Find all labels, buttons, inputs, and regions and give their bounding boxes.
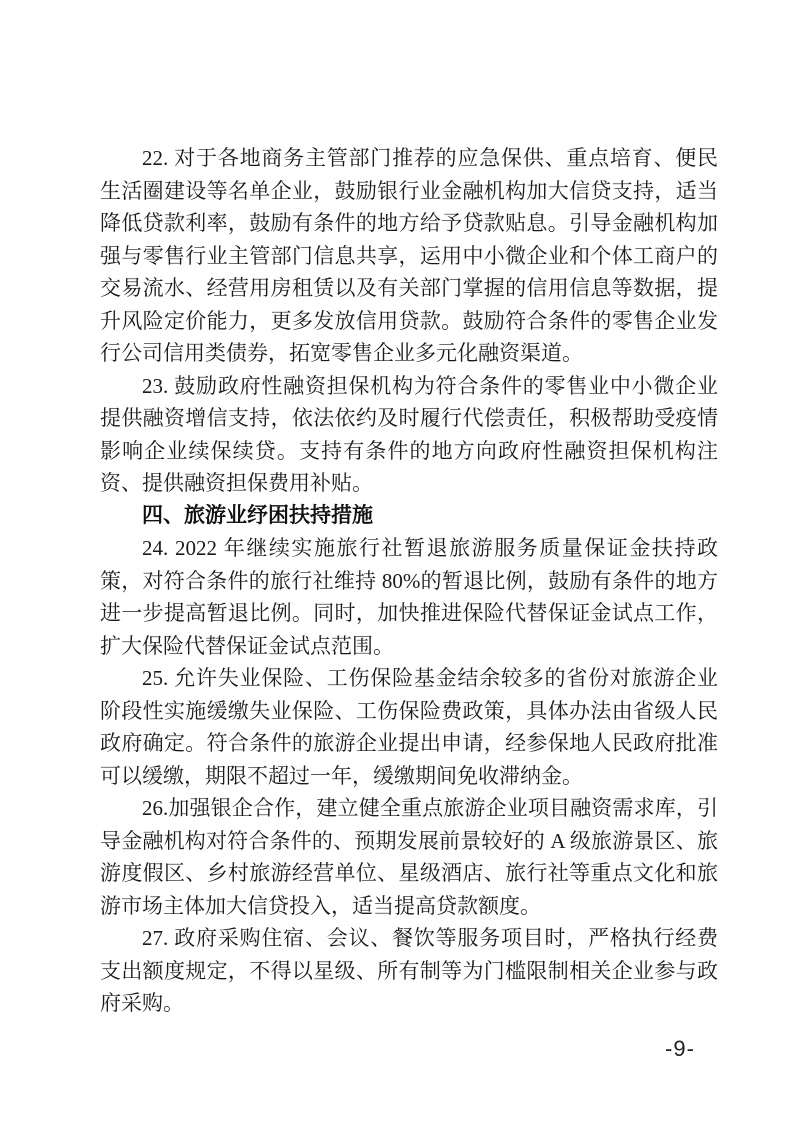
document-page: 22. 对于各地商务主管部门推荐的应急保供、重点培育、便民生活圈建设等名单企业，…: [0, 0, 793, 1122]
paragraph-24: 24. 2022 年继续实施旅行社暂退旅游服务质量保证金扶持政策，对符合条件的旅…: [100, 532, 718, 662]
section-heading-tourism-relief: 四、旅游业纾困扶持措施: [100, 500, 718, 533]
paragraph-26: 26.加强银企合作，建立健全重点旅游企业项目融资需求库，引导金融机构对符合条件的…: [100, 792, 718, 922]
paragraph-27: 27. 政府采购住宿、会议、餐饮等服务项目时，严格执行经费支出额度规定，不得以星…: [100, 922, 718, 1020]
paragraph-22: 22. 对于各地商务主管部门推荐的应急保供、重点培育、便民生活圈建设等名单企业，…: [100, 142, 718, 370]
document-body: 22. 对于各地商务主管部门推荐的应急保供、重点培育、便民生活圈建设等名单企业，…: [100, 142, 718, 1020]
page-number: -9-: [628, 1036, 732, 1062]
paragraph-23: 23. 鼓励政府性融资担保机构为符合条件的零售业中小微企业提供融资增信支持，依法…: [100, 370, 718, 500]
paragraph-25: 25. 允许失业保险、工伤保险基金结余较多的省份对旅游企业阶段性实施缓缴失业保险…: [100, 662, 718, 792]
